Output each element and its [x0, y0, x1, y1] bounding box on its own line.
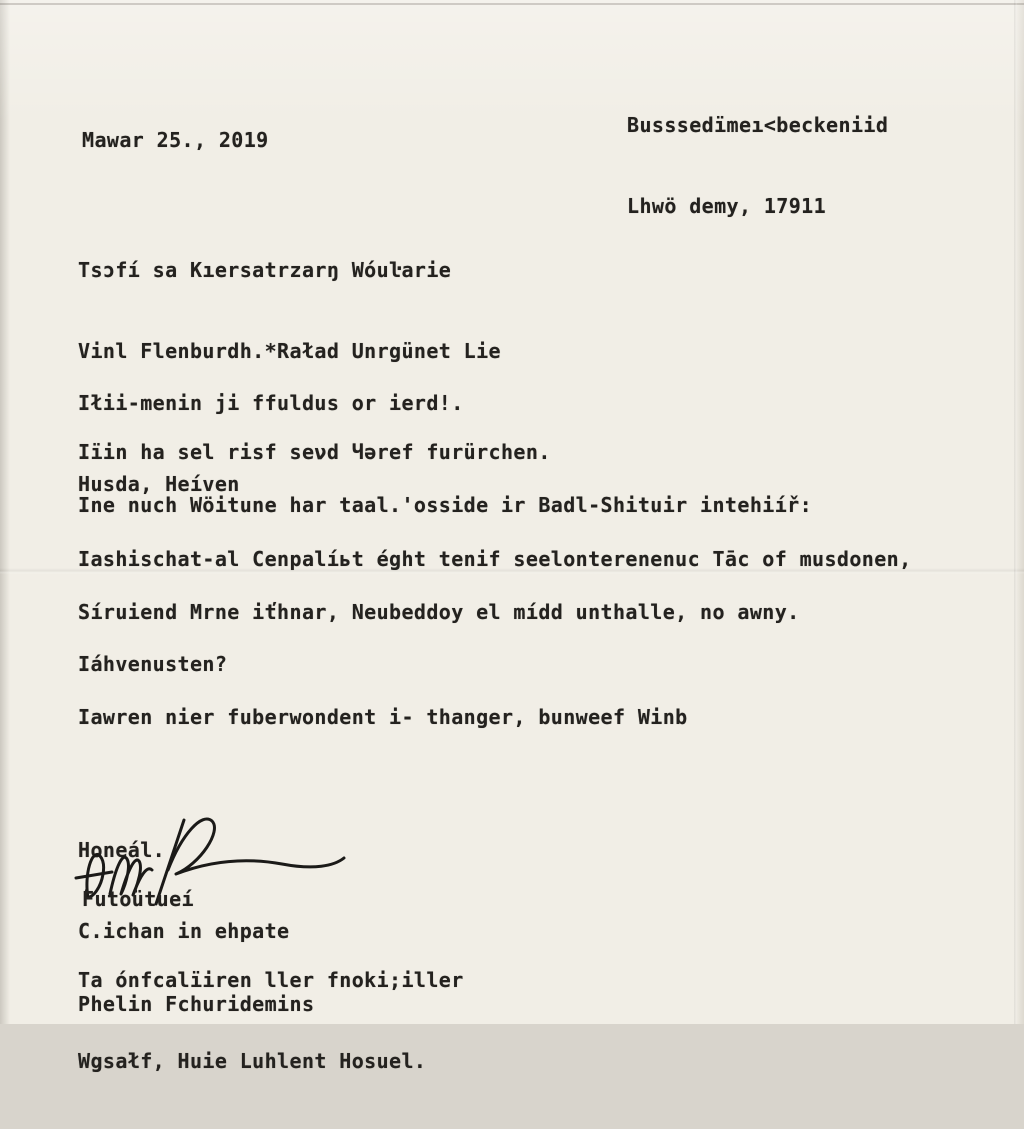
letter-date: Mawar 25., 2019	[82, 127, 269, 154]
footer-name: Phelin Fchuridemins	[78, 991, 314, 1018]
signature-typed-name: Futoütueí	[82, 886, 194, 913]
body-paragraph-2: Ine nuch Wöitune har taal.'osside ir Bad…	[78, 492, 812, 519]
body-paragraph-6: Iawren nier fuberwondent i- thanger, bun…	[78, 704, 688, 731]
signature-org-line-1: Ta ónfcalïiren ller fnoki;iller	[78, 967, 464, 994]
salutation-line-1: Iłii-menin ji ffuldus or ierd!.	[78, 390, 464, 417]
body-paragraph-5: Iáhvenusten?	[78, 651, 227, 678]
body-paragraph-3: Iashischat-al Cenpalíьt éght tenif seelo…	[78, 546, 912, 573]
sender-line-1: Busssedïmeı<beckeniid	[627, 112, 888, 139]
letter-page: Busssedïmeı<beckeniid Lhwö demy, 17911 M…	[0, 0, 1024, 1024]
recipient-line-1: Tsɔfí sa Kıersatrzarŋ Wóuŀarie	[78, 257, 501, 284]
body-paragraph-1: Iïin ha sel risf seνd Чəref furürchen.	[78, 439, 551, 466]
paper-edge-crease	[1014, 0, 1017, 1024]
sender-address-block: Busssedïmeı<beckeniid Lhwö demy, 17911	[627, 58, 888, 274]
body-paragraph-4: Síruiend Mrne iťhnar, Neubeddoy el mídd …	[78, 599, 800, 626]
sender-line-2: Lhwö demy, 17911	[627, 193, 888, 220]
